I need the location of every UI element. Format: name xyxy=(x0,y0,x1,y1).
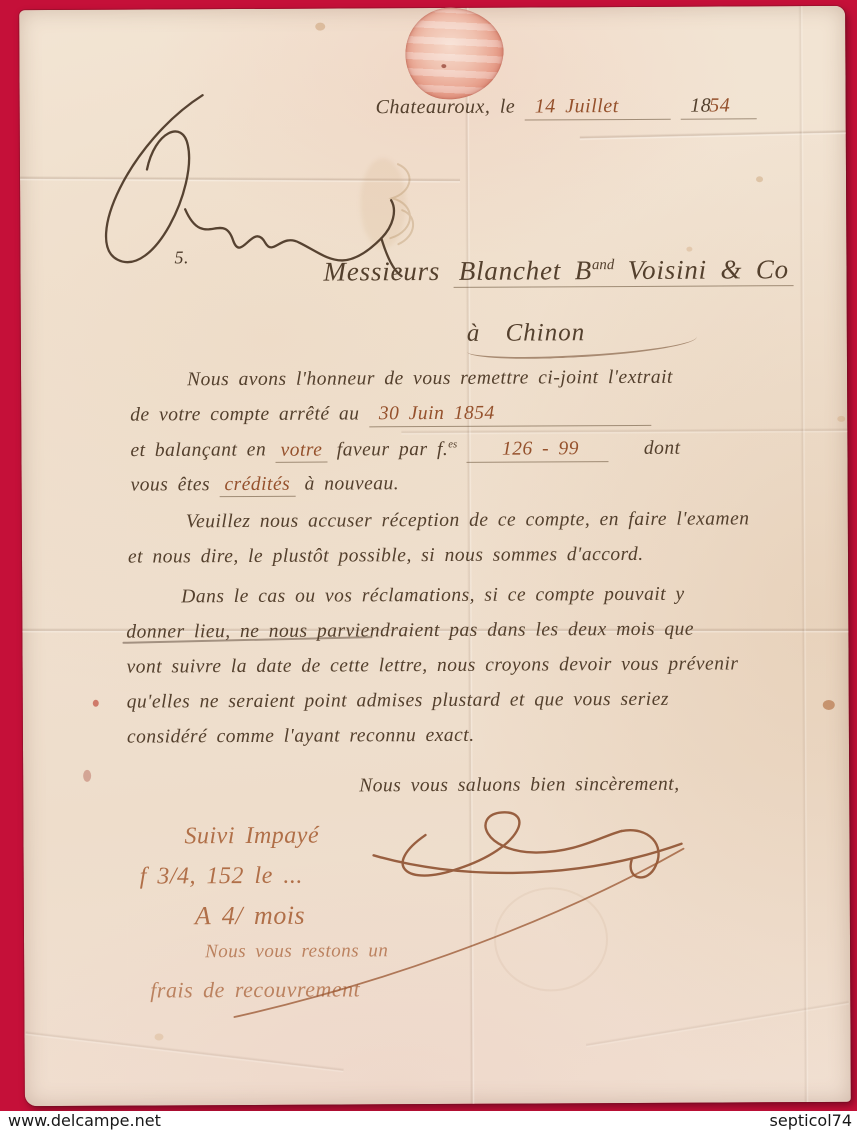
addressee-name: Blanchet Band Voisini & Co xyxy=(454,254,794,288)
stain xyxy=(686,247,692,252)
fold-crease xyxy=(401,428,847,435)
stain xyxy=(494,887,609,992)
body-fill: votre xyxy=(275,439,327,462)
dateline-place: Chateauroux, le xyxy=(376,96,516,119)
signature-flourish xyxy=(363,792,694,899)
dateline-year-fill: 54 xyxy=(709,94,730,116)
body-line: vous êtes crédités à nouveau. xyxy=(131,473,400,496)
photo-background: 5. Chateauroux, le 14 Juillet 1854 Messi… xyxy=(0,0,857,1131)
annotation-line: frais de recouvrement xyxy=(150,976,360,1003)
dateline-blank-year: 1854 xyxy=(680,94,756,119)
ink-paraph-flourish xyxy=(75,90,416,282)
dateline: Chateauroux, le 14 Juillet 1854 xyxy=(376,94,757,121)
tax-mark: 5. xyxy=(174,247,189,268)
stain xyxy=(823,700,835,710)
body-line: vont suivre la date de cette lettre, nou… xyxy=(127,653,739,678)
body-line: Veuillez nous accuser réception de ce co… xyxy=(186,508,750,533)
watermark-seller: septicol74 xyxy=(770,1111,852,1131)
body-line: Dans le cas ou vos réclamations, si ce c… xyxy=(181,584,685,609)
body-print: à nouveau. xyxy=(304,473,399,494)
closing-line: Nous vous saluons bien sincèrement, xyxy=(359,774,679,798)
wax-seal-spot xyxy=(441,64,446,68)
stain xyxy=(360,158,406,248)
body-line: qu'elles ne seraient point admises plust… xyxy=(127,689,669,714)
body-line: donner lieu, ne nous parviendraient pas … xyxy=(126,619,694,644)
dateline-day-month: 14 Juillet xyxy=(535,95,619,117)
bleed-through-mark xyxy=(372,158,429,258)
body-fill: 30 Juin 1854 xyxy=(379,403,495,425)
addressee-name-main: Blanchet B xyxy=(459,255,592,286)
body-print-inner: faveur par f. xyxy=(337,438,449,460)
body-line: de votre compte arrêté au 30 Juin 1854 xyxy=(130,402,651,429)
fold-crease xyxy=(20,176,460,183)
body-print: faveur par f.es xyxy=(337,438,457,460)
body-print: de votre compte arrêté au xyxy=(130,403,359,425)
dateline-year-print: 18 xyxy=(690,95,711,117)
body-blank: 126 - 99 xyxy=(466,438,608,463)
body-line: et balançant en votre faveur par f.es 12… xyxy=(130,437,680,464)
stain xyxy=(756,176,763,182)
body-line: et nous dire, le plustôt possible, si no… xyxy=(128,544,644,569)
annotation-line: f 3/4, 152 le ... xyxy=(140,863,303,891)
fold-crease xyxy=(25,1031,343,1073)
wax-seal xyxy=(402,4,507,104)
addressee-name-sup: and xyxy=(592,257,614,273)
addressee-line: Messieurs Blanchet Band Voisini & Co xyxy=(323,254,794,287)
watermark-strip: www.delcampe.net septicol74 xyxy=(0,1111,857,1131)
body-line: Nous avons l'honneur de vous remettre ci… xyxy=(187,367,673,392)
addressee-name-2: Voisini & Co xyxy=(628,254,789,285)
body-fill: 126 - 99 xyxy=(502,438,579,459)
dateline-blank-date: 14 Juillet xyxy=(525,95,671,121)
annotation-line: Nous vous restons un xyxy=(205,940,388,963)
body-print: et balançant en xyxy=(130,439,266,461)
stain xyxy=(154,1033,163,1040)
body-blank: 30 Juin 1854 xyxy=(369,402,651,427)
body-line: considéré comme l'ayant reconnu exact. xyxy=(127,725,475,749)
letter-paper: 5. Chateauroux, le 14 Juillet 1854 Messi… xyxy=(19,6,851,1106)
annotation-line: A 4/ mois xyxy=(195,901,305,932)
body-fill: crédités xyxy=(219,474,295,497)
addressee-salutation: Messieurs xyxy=(323,256,440,287)
fold-crease xyxy=(580,130,846,141)
annotation-line: Suivi Impayé xyxy=(184,823,319,851)
body-print-sup: es xyxy=(448,438,457,450)
watermark-delcampe: www.delcampe.net xyxy=(8,1111,161,1131)
stain xyxy=(837,416,845,422)
body-print: dont xyxy=(644,437,681,458)
stain xyxy=(93,700,99,707)
fold-crease xyxy=(798,6,809,1102)
stain xyxy=(315,23,325,31)
fold-crease xyxy=(586,1000,849,1048)
stain xyxy=(83,770,91,782)
body-print: vous êtes xyxy=(131,474,211,495)
